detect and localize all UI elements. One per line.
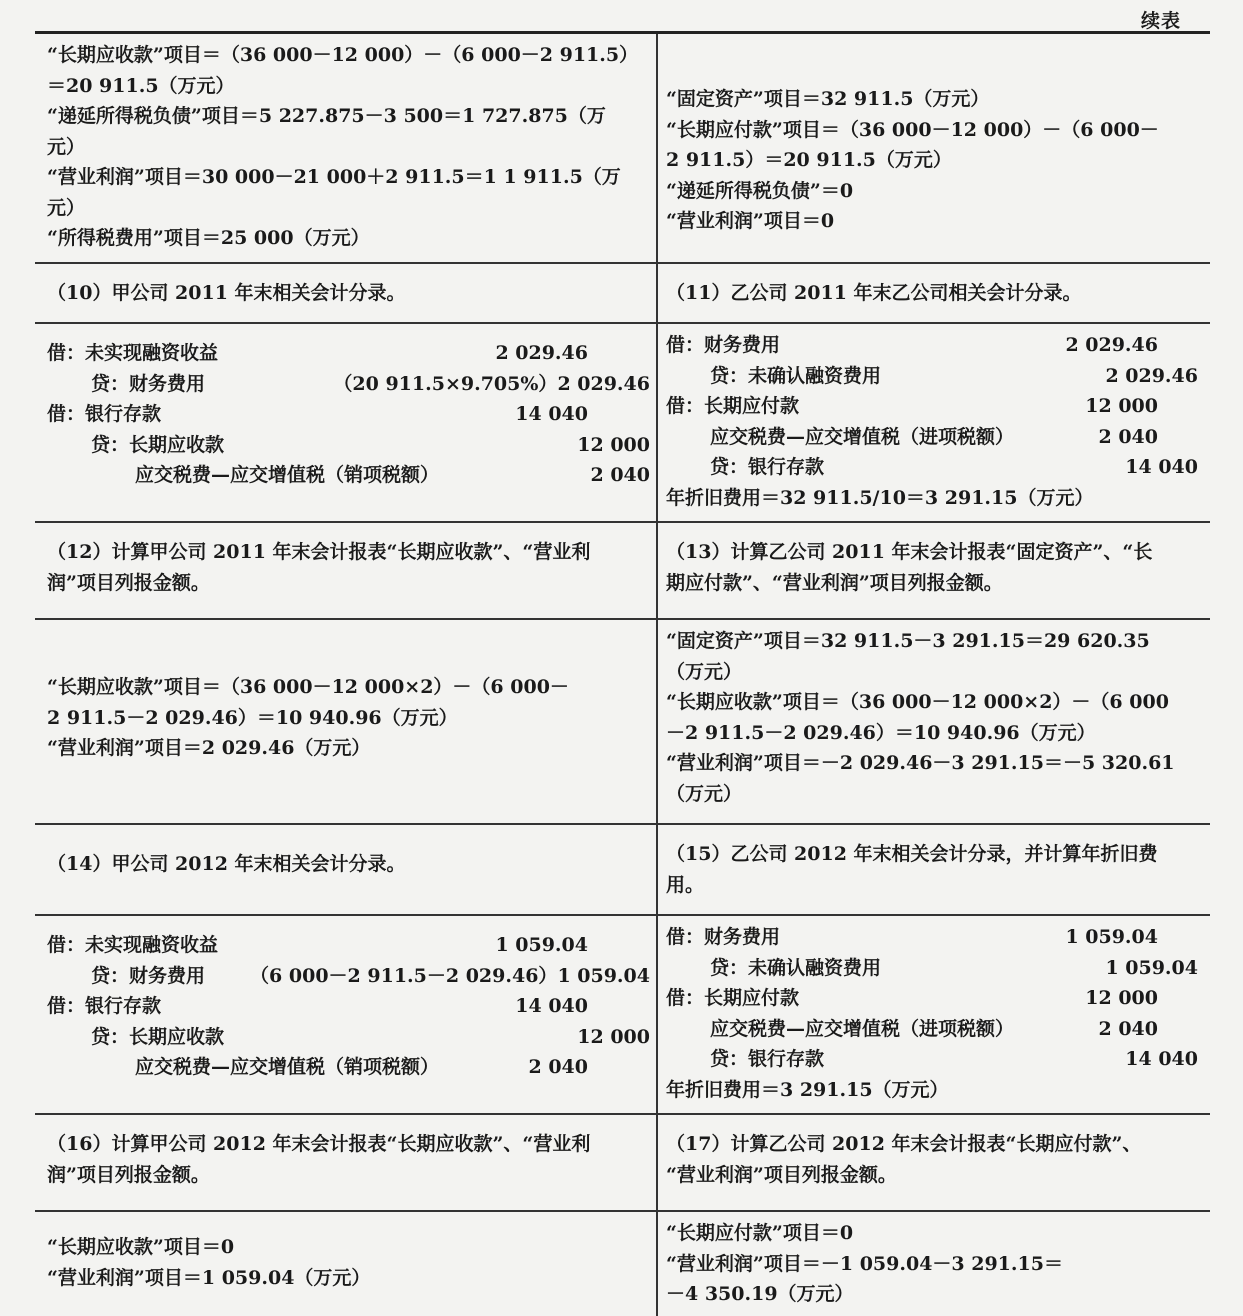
credit-amount: 12 000 bbox=[577, 430, 650, 461]
calc-note bbox=[439, 1052, 528, 1083]
table-row: 借：未实现融资收益 2 029.46 贷：财务费用 （20 911.5×9.70… bbox=[35, 322, 1210, 521]
debit-amount: 14 040 bbox=[515, 399, 650, 430]
table-row: （10）甲公司 2011 年末相关会计分录。 （11）乙公司 2011 年末乙公… bbox=[35, 262, 1210, 323]
question-heading: （13）计算乙公司 2011 年末会计报表“固定资产”、“长 bbox=[666, 537, 1198, 568]
text-line: ＝20 911.5（万元） bbox=[47, 71, 650, 102]
journal-entry-line: 贷：未确认融资费用 1 059.04 bbox=[666, 953, 1198, 984]
account-name: 应交税费—应交增值税（销项税额） bbox=[135, 1052, 439, 1083]
question-heading: 润”项目列报金额。 bbox=[47, 1160, 650, 1191]
table-row: （16）计算甲公司 2012 年末会计报表“长期应收款”、“营业利 润”项目列报… bbox=[35, 1113, 1210, 1210]
question-heading: （17）计算乙公司 2012 年末会计报表“长期应付款”、 bbox=[666, 1129, 1198, 1160]
text-line: “营业利润”项目＝－1 059.04－3 291.15＝ bbox=[666, 1249, 1198, 1280]
journal-entry-line: 借：未实现融资收益 2 029.46 bbox=[47, 338, 650, 369]
account-name: 贷：未确认融资费用 bbox=[710, 953, 881, 984]
calc-note bbox=[218, 338, 495, 369]
debit-amount: 2 029.46 bbox=[495, 338, 650, 369]
account-name: 应交税费—应交增值税（进项税额） bbox=[710, 1014, 1014, 1045]
debit-amount: 1 059.04 bbox=[495, 930, 650, 961]
question-heading: （14）甲公司 2012 年末相关会计分录。 bbox=[47, 849, 650, 880]
left-cell-report-amounts: “长期应收款”项目＝0 “营业利润”项目＝1 059.04（万元） bbox=[35, 1212, 658, 1316]
debit-amount: 12 000 bbox=[1085, 983, 1198, 1014]
text-line: “营业利润”项目＝－2 029.46－3 291.15＝－5 320.61 bbox=[666, 748, 1198, 779]
calc-note bbox=[161, 991, 515, 1022]
journal-entry-line: 贷：长期应收款 12 000 bbox=[47, 1022, 650, 1053]
journal-entry-line: 借：财务费用 2 029.46 bbox=[666, 330, 1198, 361]
calc-note: （20 911.5×9.705%） bbox=[205, 369, 557, 400]
text-line: “营业利润”项目＝1 059.04（万元） bbox=[47, 1263, 650, 1294]
credit-amount: 1 059.04 bbox=[557, 961, 650, 992]
table-row: 借：未实现融资收益 1 059.04 贷：财务费用 （6 000－2 911.5… bbox=[35, 914, 1210, 1113]
question-heading: 用。 bbox=[666, 870, 1198, 901]
credit-amount: 1 059.04 bbox=[1105, 953, 1198, 984]
table-row: （14）甲公司 2012 年末相关会计分录。 （15）乙公司 2012 年末相关… bbox=[35, 823, 1210, 914]
right-cell-balance-items: “固定资产”项目＝32 911.5（万元） “长期应付款”项目＝（36 000－… bbox=[658, 34, 1210, 262]
text-line: “长期应付款”项目＝0 bbox=[666, 1218, 1198, 1249]
left-cell-journal-entries: 借：未实现融资收益 2 029.46 贷：财务费用 （20 911.5×9.70… bbox=[35, 324, 658, 521]
question-heading: 润”项目列报金额。 bbox=[47, 568, 650, 599]
right-cell-journal-entries: 借：财务费用 2 029.46 贷：未确认融资费用 2 029.46 借：长期应… bbox=[658, 324, 1210, 521]
text-line: “长期应收款”项目＝（36 000－12 000×2）－（6 000 bbox=[666, 687, 1198, 718]
left-cell-report-amounts: “长期应收款”项目＝（36 000－12 000×2）－（6 000－ 2 91… bbox=[35, 620, 658, 823]
account-name: 贷：银行存款 bbox=[710, 452, 824, 483]
account-name: 借：银行存款 bbox=[47, 991, 161, 1022]
account-name: 贷：未确认融资费用 bbox=[710, 361, 881, 392]
account-name: 贷：长期应收款 bbox=[91, 430, 224, 461]
table-row: “长期应收款”项目＝（36 000－12 000）－（6 000－2 911.5… bbox=[35, 34, 1210, 262]
text-line: －2 911.5－2 029.46）＝10 940.96（万元） bbox=[666, 718, 1198, 749]
text-line: “递延所得税负债”＝0 bbox=[666, 176, 1198, 207]
right-cell-heading: （13）计算乙公司 2011 年末会计报表“固定资产”、“长 期应付款”、“营业… bbox=[658, 523, 1210, 618]
debit-amount: 1 059.04 bbox=[1065, 922, 1198, 953]
account-name: 借：长期应付款 bbox=[666, 983, 799, 1014]
text-line: 元） bbox=[47, 132, 650, 163]
question-heading: （16）计算甲公司 2012 年末会计报表“长期应收款”、“营业利 bbox=[47, 1129, 650, 1160]
text-line: （万元） bbox=[666, 779, 1198, 810]
calc-note bbox=[224, 1022, 577, 1053]
accounting-answer-table: “长期应收款”项目＝（36 000－12 000）－（6 000－2 911.5… bbox=[35, 31, 1210, 1316]
continued-table-label: 续表 bbox=[1141, 6, 1181, 33]
journal-entry-line: 贷：未确认融资费用 2 029.46 bbox=[666, 361, 1198, 392]
credit-amount: 2 029.46 bbox=[1105, 361, 1198, 392]
text-line: “长期应收款”项目＝（36 000－12 000×2）－（6 000－ bbox=[47, 672, 650, 703]
account-name: 借：银行存款 bbox=[47, 399, 161, 430]
left-cell-journal-entries: 借：未实现融资收益 1 059.04 贷：财务费用 （6 000－2 911.5… bbox=[35, 916, 658, 1113]
calc-note: （6 000－2 911.5－2 029.46） bbox=[205, 961, 557, 992]
journal-entry-line: 应交税费—应交增值税（进项税额） 2 040 bbox=[666, 1014, 1198, 1045]
journal-entry-line: 借：长期应付款 12 000 bbox=[666, 391, 1198, 422]
journal-entry-line: 借：长期应付款 12 000 bbox=[666, 983, 1198, 1014]
credit-amount: 2 040 bbox=[591, 460, 651, 491]
left-cell-balance-items: “长期应收款”项目＝（36 000－12 000）－（6 000－2 911.5… bbox=[35, 34, 658, 262]
calc-note bbox=[161, 399, 515, 430]
right-cell-heading: （15）乙公司 2012 年末相关会计分录，并计算年折旧费 用。 bbox=[658, 825, 1210, 914]
text-line: 元） bbox=[47, 193, 650, 224]
question-heading: 期应付款”、“营业利润”项目列报金额。 bbox=[666, 568, 1198, 599]
text-line: －4 350.19（万元） bbox=[666, 1279, 1198, 1310]
account-name: 借：财务费用 bbox=[666, 330, 780, 361]
text-line: 2 911.5－2 029.46）＝10 940.96（万元） bbox=[47, 703, 650, 734]
account-name: 贷：财务费用 bbox=[91, 961, 205, 992]
calc-note bbox=[439, 460, 590, 491]
debit-amount: 2 040 bbox=[1099, 1014, 1199, 1045]
journal-entry-line: 借：未实现融资收益 1 059.04 bbox=[47, 930, 650, 961]
text-line: 2 911.5）＝20 911.5（万元） bbox=[666, 145, 1198, 176]
text-line: “营业利润”项目＝2 029.46（万元） bbox=[47, 733, 650, 764]
credit-amount: 14 040 bbox=[1125, 1044, 1198, 1075]
account-name: 借：财务费用 bbox=[666, 922, 780, 953]
journal-entry-line: 贷：银行存款 14 040 bbox=[666, 1044, 1198, 1075]
account-name: 借：长期应付款 bbox=[666, 391, 799, 422]
text-line: “长期应付款”项目＝（36 000－12 000）－（6 000－ bbox=[666, 115, 1198, 146]
credit-amount: 2 029.46 bbox=[557, 369, 650, 400]
journal-entry-line: 应交税费—应交增值税（进项税额） 2 040 bbox=[666, 422, 1198, 453]
debit-amount: 12 000 bbox=[1085, 391, 1198, 422]
right-cell-report-amounts: “长期应付款”项目＝0 “营业利润”项目＝－1 059.04－3 291.15＝… bbox=[658, 1212, 1210, 1316]
left-cell-heading: （10）甲公司 2011 年末相关会计分录。 bbox=[35, 264, 658, 323]
right-cell-heading: （17）计算乙公司 2012 年末会计报表“长期应付款”、 “营业利润”项目列报… bbox=[658, 1115, 1210, 1210]
table-row: “长期应收款”项目＝（36 000－12 000×2）－（6 000－ 2 91… bbox=[35, 618, 1210, 823]
account-name: 借：未实现融资收益 bbox=[47, 338, 218, 369]
left-cell-heading: （14）甲公司 2012 年末相关会计分录。 bbox=[35, 825, 658, 914]
journal-entry-line: 贷：财务费用 （20 911.5×9.705%） 2 029.46 bbox=[47, 369, 650, 400]
journal-entry-line: 应交税费—应交增值税（销项税额） 2 040 bbox=[47, 1052, 650, 1083]
text-line: “递延所得税负债”项目＝5 227.875－3 500＝1 727.875（万 bbox=[47, 101, 650, 132]
text-line: “长期应收款”项目＝0 bbox=[47, 1232, 650, 1263]
text-line: “固定资产”项目＝32 911.5－3 291.15＝29 620.35 bbox=[666, 626, 1198, 657]
table-row: （12）计算甲公司 2011 年末会计报表“长期应收款”、“营业利 润”项目列报… bbox=[35, 521, 1210, 618]
question-heading: （10）甲公司 2011 年末相关会计分录。 bbox=[47, 278, 650, 309]
journal-entry-line: 贷：长期应收款 12 000 bbox=[47, 430, 650, 461]
journal-entry-line: 贷：财务费用 （6 000－2 911.5－2 029.46） 1 059.04 bbox=[47, 961, 650, 992]
journal-entry-line: 贷：银行存款 14 040 bbox=[666, 452, 1198, 483]
left-cell-heading: （12）计算甲公司 2011 年末会计报表“长期应收款”、“营业利 润”项目列报… bbox=[35, 523, 658, 618]
question-heading: （12）计算甲公司 2011 年末会计报表“长期应收款”、“营业利 bbox=[47, 537, 650, 568]
debit-amount: 2 040 bbox=[529, 1052, 651, 1083]
left-cell-heading: （16）计算甲公司 2012 年末会计报表“长期应收款”、“营业利 润”项目列报… bbox=[35, 1115, 658, 1210]
question-heading: “营业利润”项目列报金额。 bbox=[666, 1160, 1198, 1191]
account-name: 应交税费—应交增值税（销项税额） bbox=[135, 460, 439, 491]
debit-amount: 2 029.46 bbox=[1065, 330, 1198, 361]
calc-note bbox=[224, 430, 577, 461]
question-heading: （15）乙公司 2012 年末相关会计分录，并计算年折旧费 bbox=[666, 839, 1198, 870]
text-line: “所得税费用”项目＝25 000（万元） bbox=[47, 223, 650, 254]
credit-amount: 12 000 bbox=[577, 1022, 650, 1053]
question-heading: （11）乙公司 2011 年末乙公司相关会计分录。 bbox=[666, 278, 1198, 309]
account-name: 贷：财务费用 bbox=[91, 369, 205, 400]
account-name: 贷：银行存款 bbox=[710, 1044, 824, 1075]
calc-note bbox=[218, 930, 495, 961]
credit-amount: 14 040 bbox=[1125, 452, 1198, 483]
debit-amount: 14 040 bbox=[515, 991, 650, 1022]
journal-entry-line: 借：银行存款 14 040 bbox=[47, 399, 650, 430]
depreciation-footer: 年折旧费用＝3 291.15（万元） bbox=[666, 1075, 1198, 1106]
right-cell-heading: （11）乙公司 2011 年末乙公司相关会计分录。 bbox=[658, 264, 1210, 323]
account-name: 贷：长期应收款 bbox=[91, 1022, 224, 1053]
debit-amount: 2 040 bbox=[1099, 422, 1199, 453]
text-line: （万元） bbox=[666, 657, 1198, 688]
account-name: 应交税费—应交增值税（进项税额） bbox=[710, 422, 1014, 453]
text-line: “固定资产”项目＝32 911.5（万元） bbox=[666, 84, 1198, 115]
journal-entry-line: 借：银行存款 14 040 bbox=[47, 991, 650, 1022]
journal-entry-line: 应交税费—应交增值税（销项税额） 2 040 bbox=[47, 460, 650, 491]
table-row: “长期应收款”项目＝0 “营业利润”项目＝1 059.04（万元） “长期应付款… bbox=[35, 1210, 1210, 1316]
right-cell-journal-entries: 借：财务费用 1 059.04 贷：未确认融资费用 1 059.04 借：长期应… bbox=[658, 916, 1210, 1113]
text-line: “营业利润”项目＝0 bbox=[666, 206, 1198, 237]
depreciation-footer: 年折旧费用＝32 911.5/10＝3 291.15（万元） bbox=[666, 483, 1198, 514]
text-line: “长期应收款”项目＝（36 000－12 000）－（6 000－2 911.5… bbox=[47, 40, 650, 71]
journal-entry-line: 借：财务费用 1 059.04 bbox=[666, 922, 1198, 953]
account-name: 借：未实现融资收益 bbox=[47, 930, 218, 961]
right-cell-report-amounts: “固定资产”项目＝32 911.5－3 291.15＝29 620.35 （万元… bbox=[658, 620, 1210, 823]
text-line: “营业利润”项目＝30 000－21 000＋2 911.5＝1 1 911.5… bbox=[47, 162, 650, 193]
